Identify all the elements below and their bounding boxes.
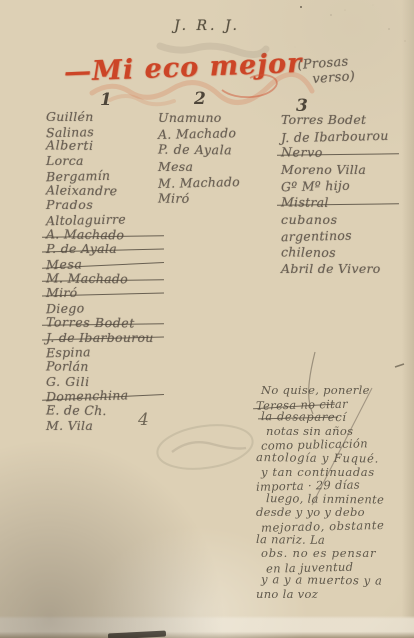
column3-name-list: Torres BodetJ. de IbarbourouNervoMoreno … bbox=[281, 112, 389, 278]
list-item: Mistral bbox=[281, 194, 389, 212]
title-dash: — bbox=[64, 56, 93, 88]
list-item: Nervo bbox=[281, 145, 389, 163]
paper-specks bbox=[300, 6, 302, 8]
list-item: Lorca bbox=[46, 154, 154, 169]
margin-figure-four: 4 bbox=[138, 410, 149, 430]
list-item: M. Machado bbox=[158, 174, 240, 192]
margin-note-block: No quise, ponerleTeresa no citarla desap… bbox=[256, 384, 414, 602]
list-item: argentinos bbox=[281, 227, 389, 246]
column2-header: 2 bbox=[194, 89, 206, 109]
list-item: P. de Ayala bbox=[158, 142, 240, 159]
note-line: obs. no es pensar bbox=[261, 547, 414, 561]
note-line: No quise, ponerle bbox=[261, 384, 414, 398]
note-line: uno la voz bbox=[256, 588, 414, 602]
list-item: Prados bbox=[46, 198, 154, 213]
list-item: Torres Bodet bbox=[281, 112, 389, 129]
list-item: Moreno Villa bbox=[281, 162, 389, 179]
header-initials: J. R. J. bbox=[0, 18, 414, 34]
list-item: Unamuno bbox=[158, 110, 240, 126]
list-item: Torres Bodet bbox=[46, 315, 154, 331]
list-item: P. de Ayala bbox=[46, 242, 154, 257]
side-note-line2: verso) bbox=[312, 69, 356, 87]
list-item: Mesa bbox=[158, 159, 240, 175]
list-item: Abril de Vivero bbox=[281, 261, 389, 278]
list-item: chilenos bbox=[281, 244, 389, 262]
list-item: A. Machado bbox=[158, 125, 240, 143]
column1-name-list: GuillénSalinasAlbertiLorcaBergamínAleixa… bbox=[46, 110, 154, 433]
list-item: Gº Mº hijo bbox=[281, 177, 389, 196]
column1-header: 1 bbox=[100, 90, 112, 110]
list-item: Miró bbox=[158, 191, 240, 208]
list-item: Miró bbox=[46, 286, 154, 301]
list-item: Guillén bbox=[46, 110, 154, 125]
list-item: cubanos bbox=[281, 212, 389, 229]
list-item: J. de Ibarbourou bbox=[46, 331, 154, 346]
side-note: (Prosas verso) bbox=[297, 54, 356, 88]
column2-name-list: UnamunoA. MachadoP. de AyalaMesaM. Macha… bbox=[158, 110, 240, 207]
list-item: Porlán bbox=[46, 359, 154, 375]
